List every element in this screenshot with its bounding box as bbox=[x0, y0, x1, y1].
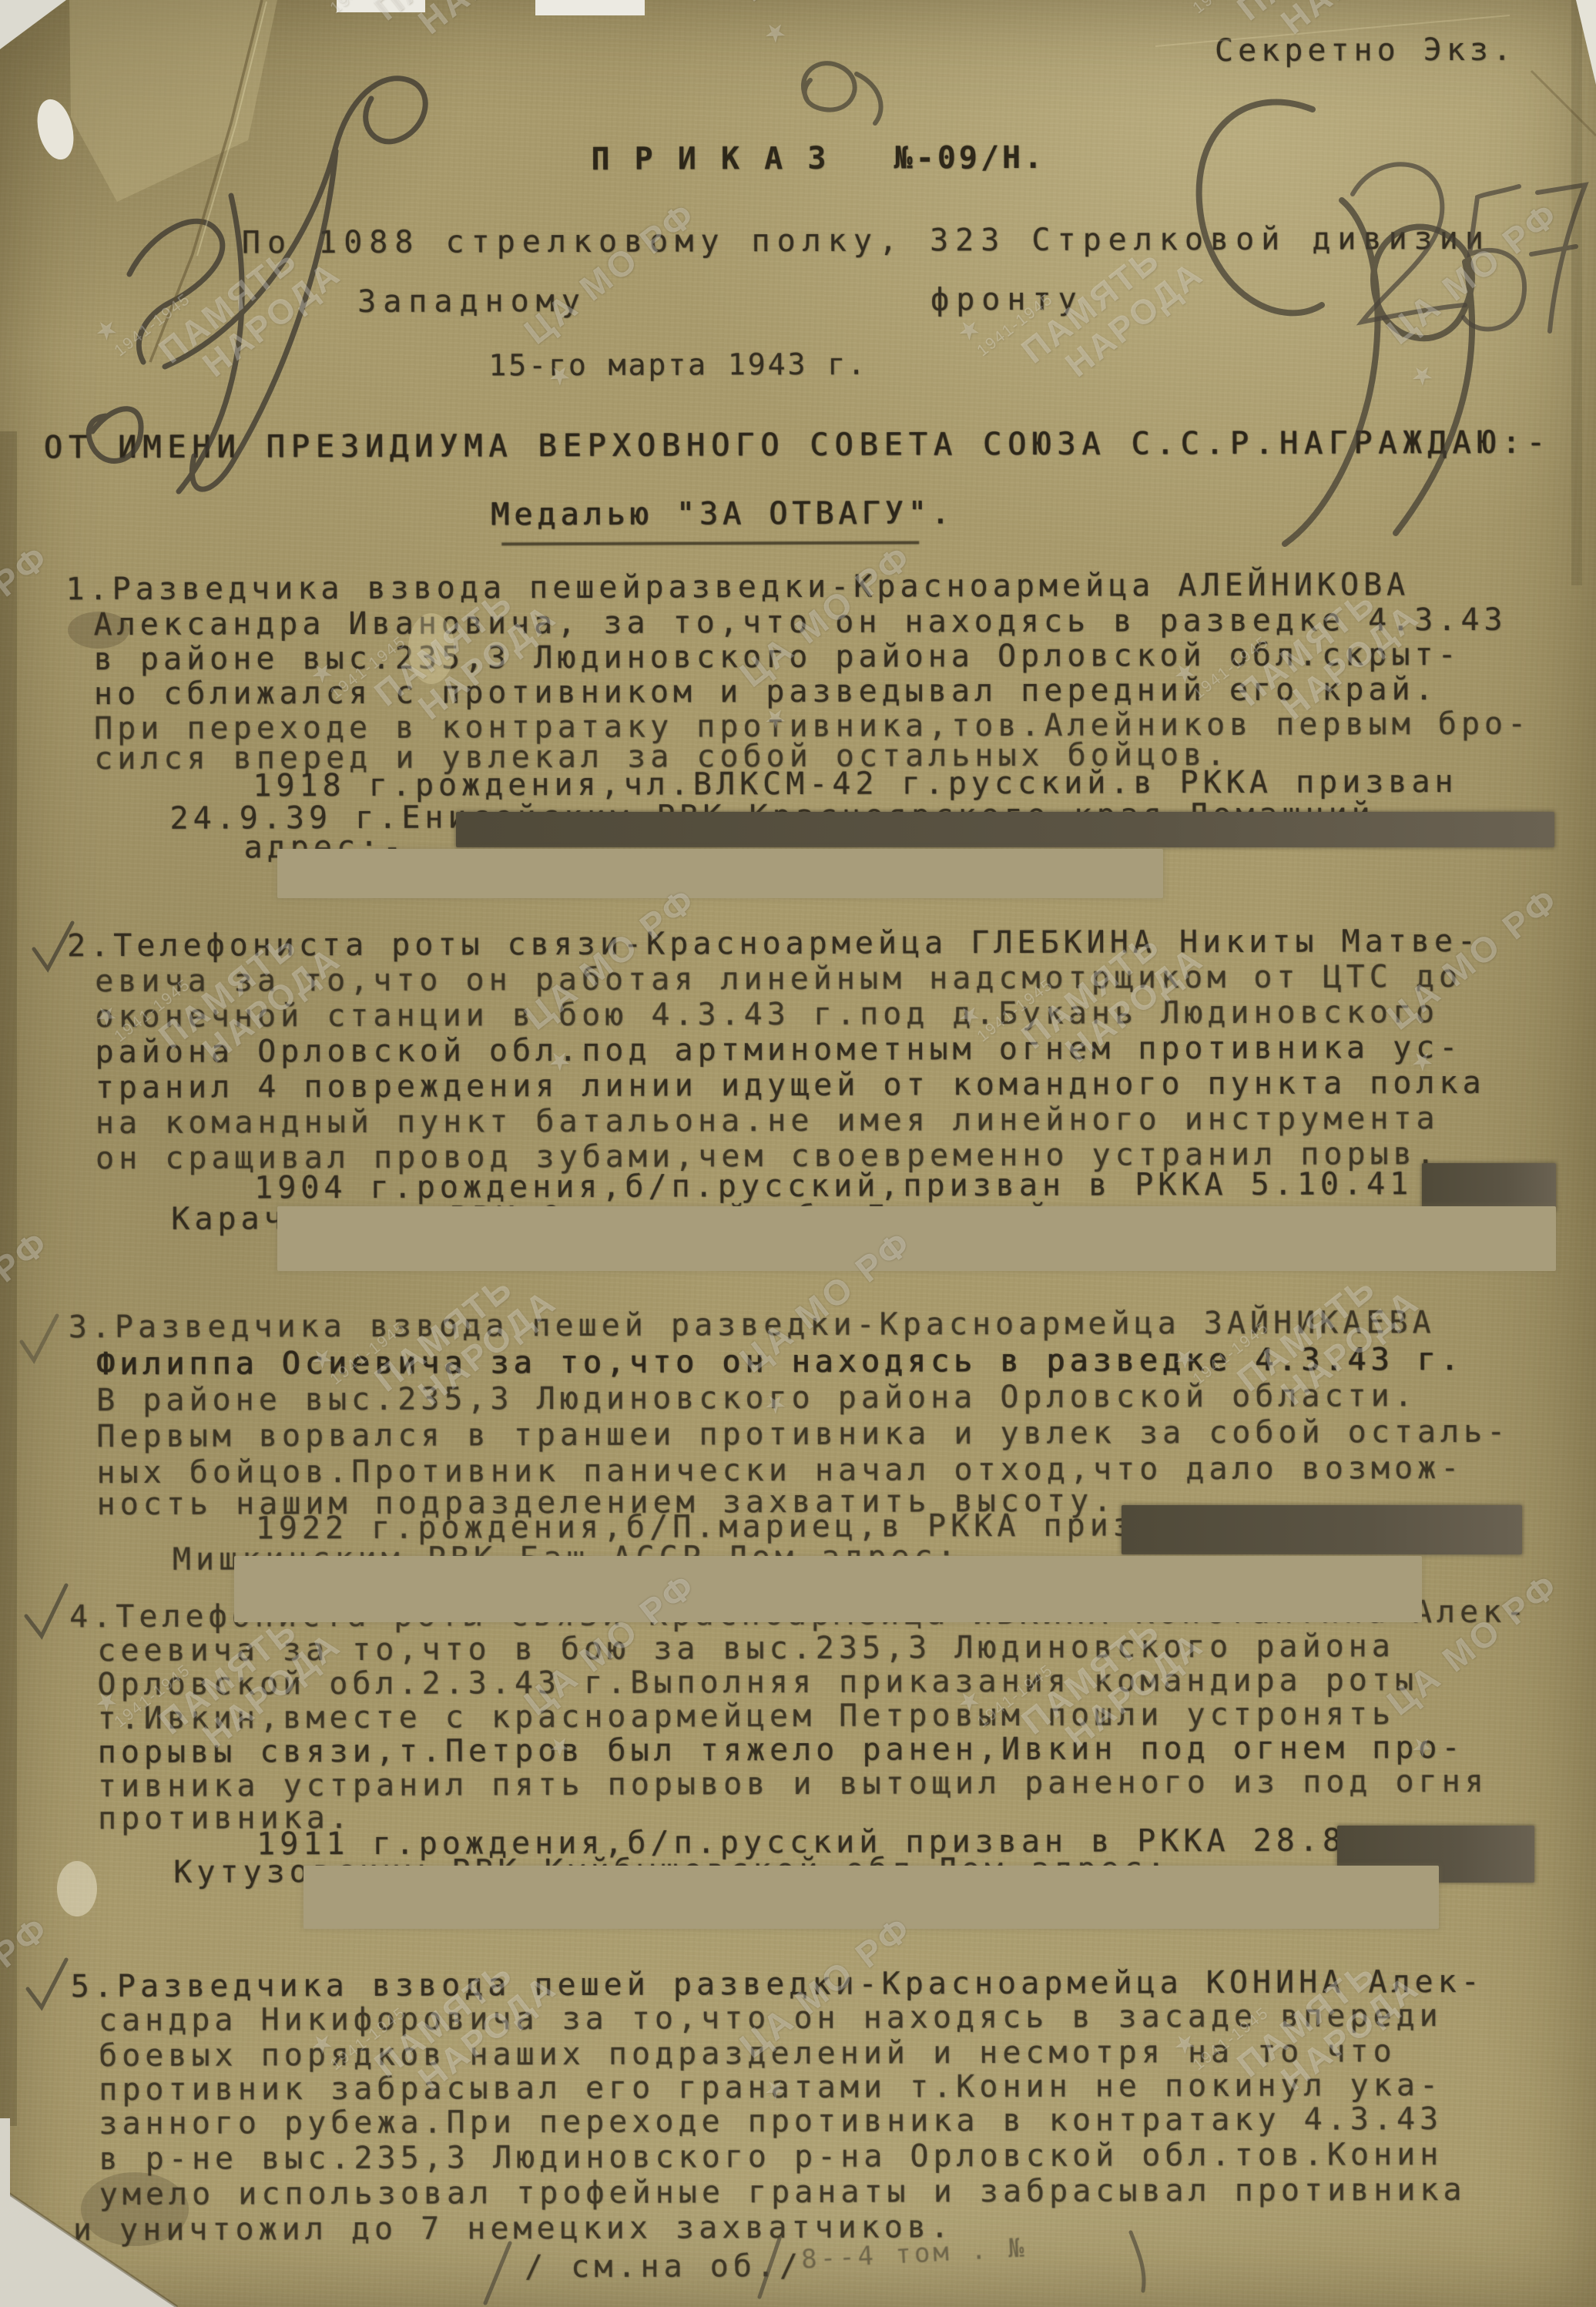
order-item-1-line: 1.Разведчика взвода пешейразведки-Красно… bbox=[65, 569, 1410, 605]
redaction-bar-light bbox=[277, 849, 1163, 898]
award-preamble: ОТ ИМЕНИ ПРЕЗИДИУМА ВЕРХОВНОГО СОВЕТА СО… bbox=[44, 428, 1551, 464]
redaction-bar-light bbox=[234, 1556, 1422, 1622]
order-item-4-line: т.Ивкин,вместе с красноармейцем Петровым… bbox=[97, 1698, 1395, 1734]
typed-text-layer: Секретно Экз. П Р И К А З №-09/Н. По 108… bbox=[0, 0, 1596, 2307]
order-item-1-line: 1918 г.рождения,чл.ВЛКСМ-42 г.русский.в … bbox=[253, 766, 1457, 801]
order-item-5-line: в р-не выс.235,3 Людиновского р-на Орлов… bbox=[99, 2139, 1443, 2175]
order-item-4-line: Орловской обл.2.3.43 г.Выполняя приказан… bbox=[97, 1665, 1418, 1700]
order-item-5-line: сандра Никифоровича за то,что он находяс… bbox=[99, 2000, 1443, 2036]
scanned-document-page: Секретно Экз. П Р И К А З №-09/Н. По 108… bbox=[0, 0, 1596, 2307]
order-item-5-line: боевых порядков наших подразделений и не… bbox=[99, 2036, 1396, 2071]
order-unit-line: По 1088 стрелковому полку, 323 Стрелково… bbox=[242, 223, 1490, 259]
see-reverse-note: / см.на об./ bbox=[525, 2251, 803, 2282]
order-title: П Р И К А З №-09/Н. bbox=[591, 143, 1045, 175]
order-item-3-line: В районе выс.235,3 Людиновского района О… bbox=[96, 1380, 1417, 1416]
order-item-4-line: тивника устранил пять порывов и вытощил … bbox=[98, 1766, 1488, 1802]
redaction-bar-light bbox=[277, 1206, 1556, 1271]
order-item-3-line: Первым ворвался в траншеи противника и у… bbox=[96, 1417, 1510, 1452]
order-item-5-line: умело использовал трофейные гранаты и за… bbox=[99, 2175, 1467, 2210]
order-item-5-line: 5.Разведчика взвода пешей разведки-Красн… bbox=[71, 1967, 1484, 2002]
order-date: 15-го марта 1943 г. bbox=[488, 350, 867, 381]
medal-underline bbox=[501, 541, 919, 545]
order-front-left: Западному bbox=[357, 286, 587, 317]
order-item-5-line: противник забрасывал его гранатами т.Кон… bbox=[99, 2070, 1443, 2105]
order-item-3-line: Филиппа Осиевича за то,что он находясь в… bbox=[96, 1344, 1464, 1380]
order-item-1-line: Александра Ивановича, за то,что он наход… bbox=[94, 605, 1507, 640]
order-item-4-line: сеевича за то,что в бою за выс.235,3 Люд… bbox=[97, 1631, 1395, 1666]
redaction-bar-dark bbox=[456, 812, 1554, 847]
redaction-bar-dark bbox=[1422, 1163, 1556, 1211]
order-item-2-line: транил 4 повреждения линии идущей от ком… bbox=[96, 1068, 1486, 1103]
order-item-3-line: 3.Разведчика взвода пешей разведки-Красн… bbox=[69, 1307, 1436, 1343]
order-item-2-line: 1904 г.рождения,б/п.русский,призван в РК… bbox=[254, 1169, 1482, 1204]
order-item-5-line: занного рубежа.При переходе противника в… bbox=[99, 2104, 1443, 2139]
order-item-1-line: но сближался с противником и разведывал … bbox=[94, 674, 1438, 709]
order-item-2-line: на командный пункт батальона.не имея лин… bbox=[96, 1103, 1440, 1138]
redaction-bar-light bbox=[303, 1866, 1439, 1929]
order-item-4-line: порывы связи,т.Петров был тяжело ранен,И… bbox=[98, 1732, 1465, 1768]
order-item-2-line: района Орловской обл.под артминометным о… bbox=[95, 1032, 1462, 1068]
medal-line: Медалью "ЗА ОТВАГУ". bbox=[491, 498, 954, 530]
order-item-3-line: ных бойцов.Противник панически начал отх… bbox=[96, 1453, 1464, 1488]
order-item-1-line: в районе выс.235,3 Людиновского района О… bbox=[94, 639, 1461, 675]
secrecy-stamp: Секретно Экз. bbox=[1215, 35, 1516, 66]
order-item-5-line: и уничтожил до 7 немецких захватчиков. bbox=[73, 2211, 954, 2245]
order-item-2-line: 2.Телефониста роты связи-Красноармейца Г… bbox=[67, 926, 1480, 961]
redaction-bar-dark bbox=[1122, 1505, 1522, 1554]
order-item-2-line: евича за то,что он работая линейным надс… bbox=[95, 961, 1462, 997]
order-front-right: фронту bbox=[930, 284, 1084, 316]
order-item-2-line: оконечной станции в бою 4.3.43 г.под д.Б… bbox=[95, 997, 1439, 1032]
